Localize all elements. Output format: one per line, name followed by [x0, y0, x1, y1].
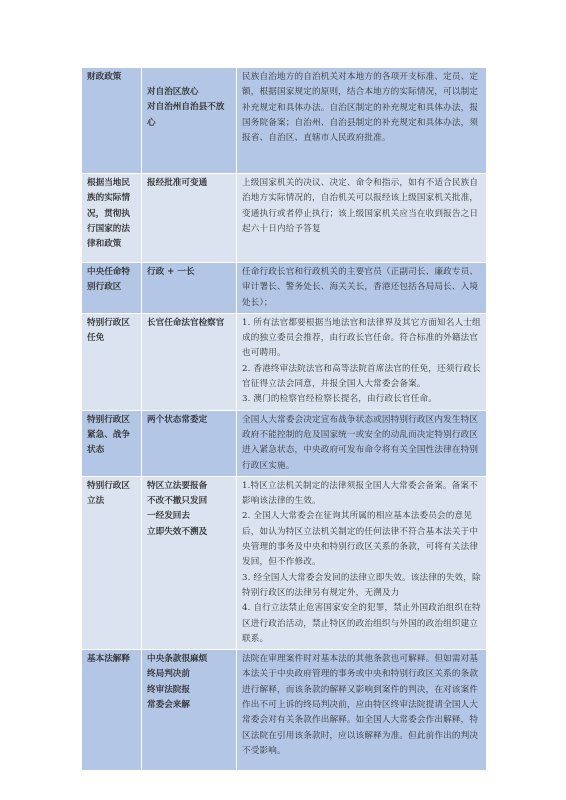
mnemonic-line: 终局判决前: [147, 667, 232, 682]
mnemonic-line: 特区立法要报备: [147, 479, 232, 494]
mnemonic-cell: 特区立法要报备 不改不撤只发回 一经发回去 立即失效不溯及: [142, 476, 237, 649]
mnemonic-line: 不改不撤只发回: [147, 494, 232, 509]
law-summary-table: 财政政策 对自治区放心 对自治州自治县不放心 民族自治地方的自治机关对本地方的各…: [81, 67, 487, 771]
table-row: 基本法解释 中央条款很麻烦 终局判决前 终审法院报 常委会来解 法院在审理案件时…: [82, 650, 487, 771]
mnemonic-line: 长官任命法官检察官: [147, 316, 232, 331]
mnemonic-cell: 两个状态常委定: [142, 410, 237, 476]
description-text: 法院在审理案件时对基本法的其他条款也可解释。但如需对基本法关于中央政府管理的事务…: [242, 652, 482, 759]
description-text: 任命行政长官和行政机关的主要官员（正副司长、廉政专员、审计署长、警务处长、海关关…: [242, 265, 482, 311]
description-item: 3. 澳门的检察官经检察长提名，由行政长官任命。: [242, 392, 482, 407]
topic-cell: 特别行政区立法: [82, 476, 142, 649]
description-text: 全国人大常委会决定宣布战争状态或因特别行政区内发生特区政府不能控制的危及国家统一…: [242, 413, 482, 474]
mnemonic-line: 行政 + 一长: [147, 265, 232, 280]
mnemonic-cell: 报经批准可变通: [142, 174, 237, 263]
mnemonic-cell: 对自治区放心 对自治州自治县不放心: [142, 68, 237, 174]
table-row: 根据当地民族的实际情况，贯彻执行国家的法律和政策 报经批准可变通 上级国家机关的…: [82, 174, 487, 263]
description-cell: 上级国家机关的决议、决定、命令和指示，如有不适合民族自治地方实际情况的，自治机关…: [237, 174, 487, 263]
mnemonic-cell: 长官任命法官检察官: [142, 313, 237, 410]
description-cell: 法院在审理案件时对基本法的其他条款也可解释。但如需对基本法关于中央政府管理的事务…: [237, 650, 487, 771]
mnemonic-cell: 中央条款很麻烦 终局判决前 终审法院报 常委会来解: [142, 650, 237, 771]
topic-cell: 财政政策: [82, 68, 142, 174]
description-item: 3. 经全国人大常委会发回的法律立即失效。该法律的失效，除特别行政区的法律另有规…: [242, 571, 482, 602]
topic-cell: 根据当地民族的实际情况，贯彻执行国家的法律和政策: [82, 174, 142, 263]
description-cell: 1.特区立法机关制定的法律须报全国人大常委会备案。备案不影响该法律的生效。 2.…: [237, 476, 487, 649]
mnemonic-line: 报经批准可变通: [147, 176, 232, 191]
table-row: 特别行政区紧急、战争状态 两个状态常委定 全国人大常委会决定宣布战争状态或因特别…: [82, 410, 487, 476]
topic-cell: 特别行政区紧急、战争状态: [82, 410, 142, 476]
mnemonic-cell: 行政 + 一长: [142, 263, 237, 314]
description-item: 1. 所有法官都要根据当地法官和法律界及其它方面知名人士组成的独立委员会推荐，由…: [242, 316, 482, 362]
description-item: 4. 自行立法禁止危害国家安全的犯罪，禁止外国政治组织在特区进行政治活动，禁止特…: [242, 601, 482, 647]
mnemonic-line: 立即失效不溯及: [147, 525, 232, 540]
topic-cell: 基本法解释: [82, 650, 142, 771]
table-row: 特别行政区任免 长官任命法官检察官 1. 所有法官都要根据当地法官和法律界及其它…: [82, 313, 487, 410]
description-cell: 民族自治地方的自治机关对本地方的各项开支标准、定员、定额，根据国家规定的原则，结…: [237, 68, 487, 174]
description-item: 2. 香港终审法院法官和高等法院首席法官的任免，还须行政长官征得立法会同意，并报…: [242, 362, 482, 393]
description-cell: 全国人大常委会决定宣布战争状态或因特别行政区内发生特区政府不能控制的危及国家统一…: [237, 410, 487, 476]
mnemonic-line: 对自治州自治县不放心: [147, 100, 232, 131]
description-item: 2. 全国人大常委会在征询其所属的相应基本法委员会的意见后，如认为特区立法机关制…: [242, 509, 482, 570]
mnemonic-line: 对自治区放心: [147, 85, 232, 100]
table-row: 财政政策 对自治区放心 对自治州自治县不放心 民族自治地方的自治机关对本地方的各…: [82, 68, 487, 174]
description-item: 1.特区立法机关制定的法律须报全国人大常委会备案。备案不影响该法律的生效。: [242, 479, 482, 510]
description-text: 上级国家机关的决议、决定、命令和指示，如有不适合民族自治地方实际情况的，自治机关…: [242, 176, 482, 237]
table-row: 特别行政区立法 特区立法要报备 不改不撤只发回 一经发回去 立即失效不溯及 1.…: [82, 476, 487, 649]
topic-cell: 特别行政区任免: [82, 313, 142, 410]
document-page: 财政政策 对自治区放心 对自治州自治县不放心 民族自治地方的自治机关对本地方的各…: [0, 0, 566, 800]
mnemonic-line: 常委会来解: [147, 698, 232, 713]
description-cell: 任命行政长官和行政机关的主要官员（正副司长、廉政专员、审计署长、警务处长、海关关…: [237, 263, 487, 314]
table-row: 中央任命特别行政区 行政 + 一长 任命行政长官和行政机关的主要官员（正副司长、…: [82, 263, 487, 314]
mnemonic-line: 两个状态常委定: [147, 413, 232, 428]
mnemonic-line: 一经发回去: [147, 509, 232, 524]
mnemonic-line: 终审法院报: [147, 683, 232, 698]
description-text: 民族自治地方的自治机关对本地方的各项开支标准、定员、定额，根据国家规定的原则，结…: [242, 70, 482, 146]
topic-cell: 中央任命特别行政区: [82, 263, 142, 314]
mnemonic-line: 中央条款很麻烦: [147, 652, 232, 667]
description-cell: 1. 所有法官都要根据当地法官和法律界及其它方面知名人士组成的独立委员会推荐，由…: [237, 313, 487, 410]
